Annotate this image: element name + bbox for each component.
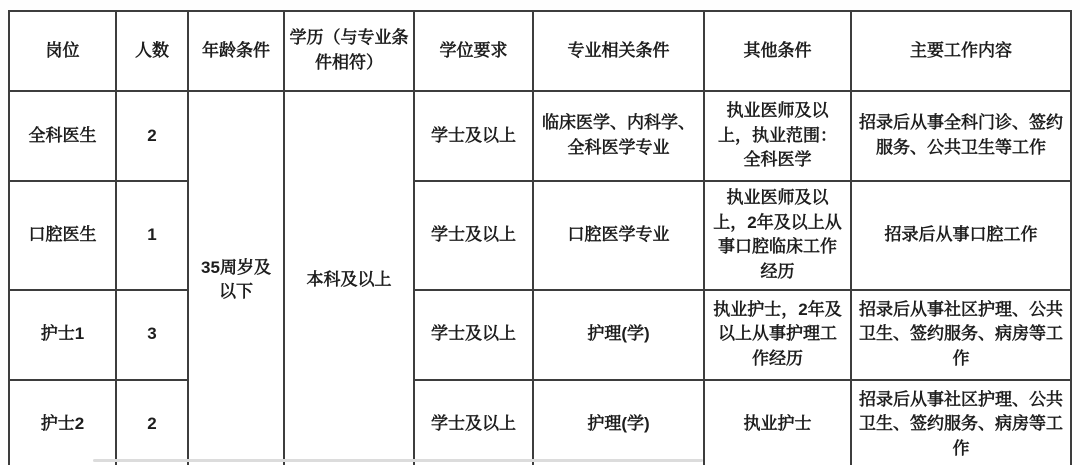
- cell-age-condition-merged: 35周岁及以下: [188, 91, 284, 465]
- header-count: 人数: [116, 11, 188, 91]
- cell-other: 执业医师及以上，执业范围：全科医学: [704, 91, 851, 181]
- table-row: 护士2 2 学士及以上 护理(学) 执业护士 招录后从事社区护理、公共卫生、签约…: [9, 380, 1071, 465]
- cell-degree: 学士及以上: [414, 181, 533, 290]
- cell-count: 2: [116, 380, 188, 465]
- cell-degree: 学士及以上: [414, 380, 533, 465]
- cell-other: 执业医师及以上，2年及以上从事口腔临床工作经历: [704, 181, 851, 290]
- header-age: 年龄条件: [188, 11, 284, 91]
- cell-other: 执业护士，2年及以上从事护理工作经历: [704, 290, 851, 380]
- cell-major: 口腔医学专业: [533, 181, 704, 290]
- cell-count: 1: [116, 181, 188, 290]
- cell-other: 执业护士: [704, 380, 851, 465]
- header-position: 岗位: [9, 11, 116, 91]
- scan-shadow-artifact: [93, 459, 703, 462]
- table-row: 口腔医生 1 学士及以上 口腔医学专业 执业医师及以上，2年及以上从事口腔临床工…: [9, 181, 1071, 290]
- cell-position: 护士1: [9, 290, 116, 380]
- table-row: 全科医生 2 35周岁及以下 本科及以上 学士及以上 临床医学、内科学、全科医学…: [9, 91, 1071, 181]
- cell-education-merged: 本科及以上: [284, 91, 414, 465]
- cell-duties: 招录后从事社区护理、公共卫生、签约服务、病房等工作: [851, 380, 1071, 465]
- cell-degree: 学士及以上: [414, 91, 533, 181]
- cell-count: 2: [116, 91, 188, 181]
- cell-duties: 招录后从事全科门诊、签约服务、公共卫生等工作: [851, 91, 1071, 181]
- cell-major: 护理(学): [533, 290, 704, 380]
- header-other: 其他条件: [704, 11, 851, 91]
- cell-major: 护理(学): [533, 380, 704, 465]
- recruitment-table: 岗位 人数 年龄条件 学历（与专业条件相符） 学位要求 专业相关条件 其他条件 …: [8, 10, 1072, 465]
- cell-major: 临床医学、内科学、全科医学专业: [533, 91, 704, 181]
- cell-position: 口腔医生: [9, 181, 116, 290]
- header-major: 专业相关条件: [533, 11, 704, 91]
- header-degree: 学位要求: [414, 11, 533, 91]
- table-header-row: 岗位 人数 年龄条件 学历（与专业条件相符） 学位要求 专业相关条件 其他条件 …: [9, 11, 1071, 91]
- header-duties: 主要工作内容: [851, 11, 1071, 91]
- cell-duties: 招录后从事社区护理、公共卫生、签约服务、病房等工作: [851, 290, 1071, 380]
- cell-degree: 学士及以上: [414, 290, 533, 380]
- cell-count: 3: [116, 290, 188, 380]
- recruitment-table-page: 岗位 人数 年龄条件 学历（与专业条件相符） 学位要求 专业相关条件 其他条件 …: [0, 0, 1080, 465]
- table-row: 护士1 3 学士及以上 护理(学) 执业护士，2年及以上从事护理工作经历 招录后…: [9, 290, 1071, 380]
- header-education: 学历（与专业条件相符）: [284, 11, 414, 91]
- cell-duties: 招录后从事口腔工作: [851, 181, 1071, 290]
- cell-position: 护士2: [9, 380, 116, 465]
- cell-position: 全科医生: [9, 91, 116, 181]
